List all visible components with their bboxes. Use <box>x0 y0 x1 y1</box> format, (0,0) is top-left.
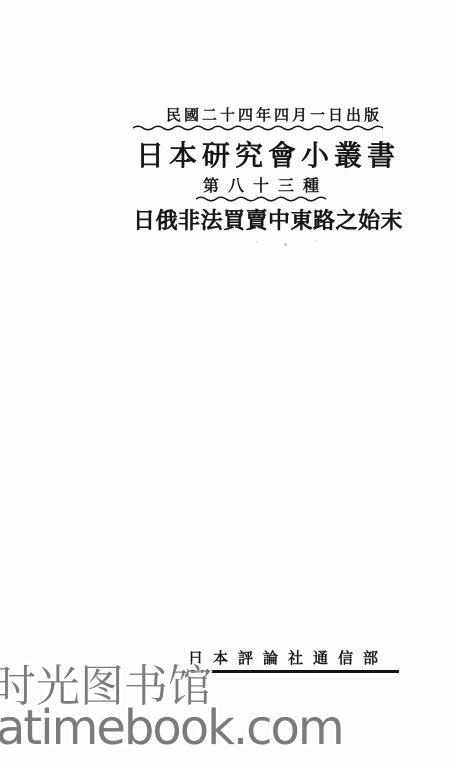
wavy-underline-series-number <box>196 195 334 203</box>
book-title: 日俄非法買賣中東路之始末 <box>133 204 403 235</box>
publication-date-line: 民國二十四年四月一日出版 <box>166 104 382 125</box>
scan-speck <box>315 240 317 242</box>
scan-speck <box>284 243 287 246</box>
publisher-line: 日本評論社通信部 <box>188 647 388 668</box>
scan-speck <box>256 241 258 243</box>
scanned-book-title-page: 民國二十四年四月一日出版 日本研究會小叢書 第八十三種 日俄非法買賣中東路之始末… <box>0 0 456 768</box>
publisher-underline-rule <box>187 670 399 673</box>
watermark-site-url: atimebook.com <box>0 700 343 756</box>
series-title: 日本研究會小叢書 <box>136 134 400 174</box>
wavy-underline-date <box>133 124 392 132</box>
series-number: 第八十三種 <box>203 173 328 196</box>
